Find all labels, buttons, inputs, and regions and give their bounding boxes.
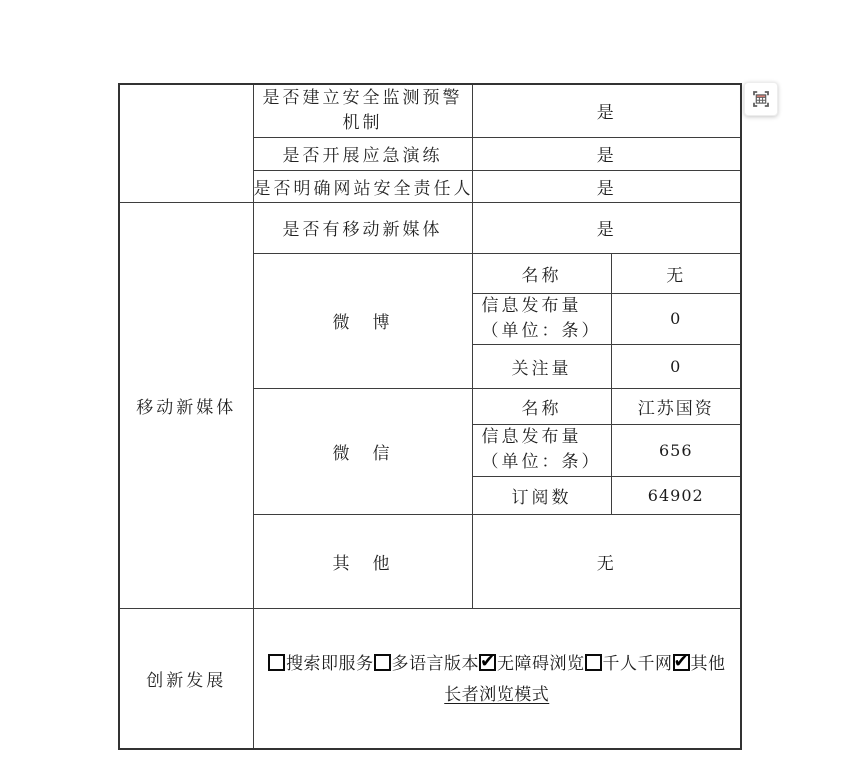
option-accessible-browsing: 无障碍浏览: [479, 654, 585, 674]
cell-weibo-posts-label: 信息发布量 （单位：条）: [472, 293, 611, 344]
table-capture-button[interactable]: [744, 82, 778, 116]
table-row: 是否建立安全监测预警机制 是: [119, 84, 741, 137]
checkbox-checked-icon: [479, 654, 496, 671]
table-row: 创新发展 搜索即服务多语言版本无障碍浏览千人千网其他 长者浏览模式: [119, 608, 741, 749]
checkbox-icon: [585, 654, 602, 671]
report-table: 是否建立安全监测预警机制 是 是否开展应急演练 是 是否明确网站安全责任人 是 …: [118, 83, 742, 750]
option-label: 其他: [691, 654, 726, 674]
option-thousand-sites: 千人千网: [585, 654, 673, 674]
option-multilingual: 多语言版本: [374, 654, 480, 674]
cell-answer-emergency-drill: 是: [472, 137, 741, 170]
cell-weibo-posts-value: 0: [611, 293, 741, 344]
question-label: 是否有移动新媒体: [254, 215, 472, 240]
table-row: 移动新媒体 是否有移动新媒体 是: [119, 202, 741, 253]
cell-answer-monitor-warning: 是: [472, 84, 741, 137]
cell-wechat-subscribers-value: 64902: [611, 476, 741, 514]
cell-wechat-name-label: 名称: [472, 388, 611, 424]
option-search-as-service: 搜索即服务: [268, 654, 374, 674]
cell-wechat-posts-value: 656: [611, 424, 741, 476]
cell-section-innovation: 创新发展: [119, 608, 253, 749]
option-other: 其他: [673, 654, 726, 674]
cell-other-media-value: 无: [472, 514, 741, 608]
checkbox-checked-icon: [673, 654, 690, 671]
cell-question-security-owner: 是否明确网站安全责任人: [253, 170, 472, 202]
table-icon-gridlines: [756, 97, 765, 103]
cell-answer-has-mobile-media: 是: [472, 202, 741, 253]
posts-label: 信息发布量 （单位：条）: [482, 294, 602, 344]
question-label: 是否开展应急演练: [254, 141, 472, 166]
option-label: 搜索即服务: [286, 654, 374, 674]
cell-weibo-followers-value: 0: [611, 344, 741, 388]
report-page: 是否建立安全监测预警机制 是 是否开展应急演练 是 是否明确网站安全责任人 是 …: [0, 0, 842, 779]
question-label: 是否建立安全监测预警机制: [260, 86, 465, 136]
option-label: 多语言版本: [392, 654, 480, 674]
innovation-options-row: 搜索即服务多语言版本无障碍浏览千人千网其他: [254, 651, 741, 677]
cell-answer-security-owner: 是: [472, 170, 741, 202]
option-label: 无障碍浏览: [497, 654, 585, 674]
innovation-other-detail: 长者浏览模式: [254, 680, 741, 705]
cell-wechat-subscribers-label: 订阅数: [472, 476, 611, 514]
posts-label: 信息发布量 （单位：条）: [482, 425, 602, 475]
question-label: 是否明确网站安全责任人: [254, 174, 472, 199]
cell-prev-section-continued: [119, 84, 253, 202]
cell-other-media-label: 其 他: [253, 514, 472, 608]
cell-weibo-name-value: 无: [611, 253, 741, 293]
cell-section-mobile-media: 移动新媒体: [119, 202, 253, 608]
cell-weibo-name-label: 名称: [472, 253, 611, 293]
checkbox-icon: [268, 654, 285, 671]
cell-wechat-label: 微 信: [253, 388, 472, 514]
cell-innovation-content: 搜索即服务多语言版本无障碍浏览千人千网其他 长者浏览模式: [253, 608, 741, 749]
table-capture-icon: [749, 87, 773, 111]
cell-question-emergency-drill: 是否开展应急演练: [253, 137, 472, 170]
cell-question-monitor-warning: 是否建立安全监测预警机制: [253, 84, 472, 137]
option-label: 千人千网: [603, 654, 673, 674]
cell-weibo-label: 微 博: [253, 253, 472, 388]
cell-wechat-name-value: 江苏国资: [611, 388, 741, 424]
cell-weibo-followers-label: 关注量: [472, 344, 611, 388]
cell-wechat-posts-label: 信息发布量 （单位：条）: [472, 424, 611, 476]
cell-question-has-mobile-media: 是否有移动新媒体: [253, 202, 472, 253]
checkbox-icon: [374, 654, 391, 671]
